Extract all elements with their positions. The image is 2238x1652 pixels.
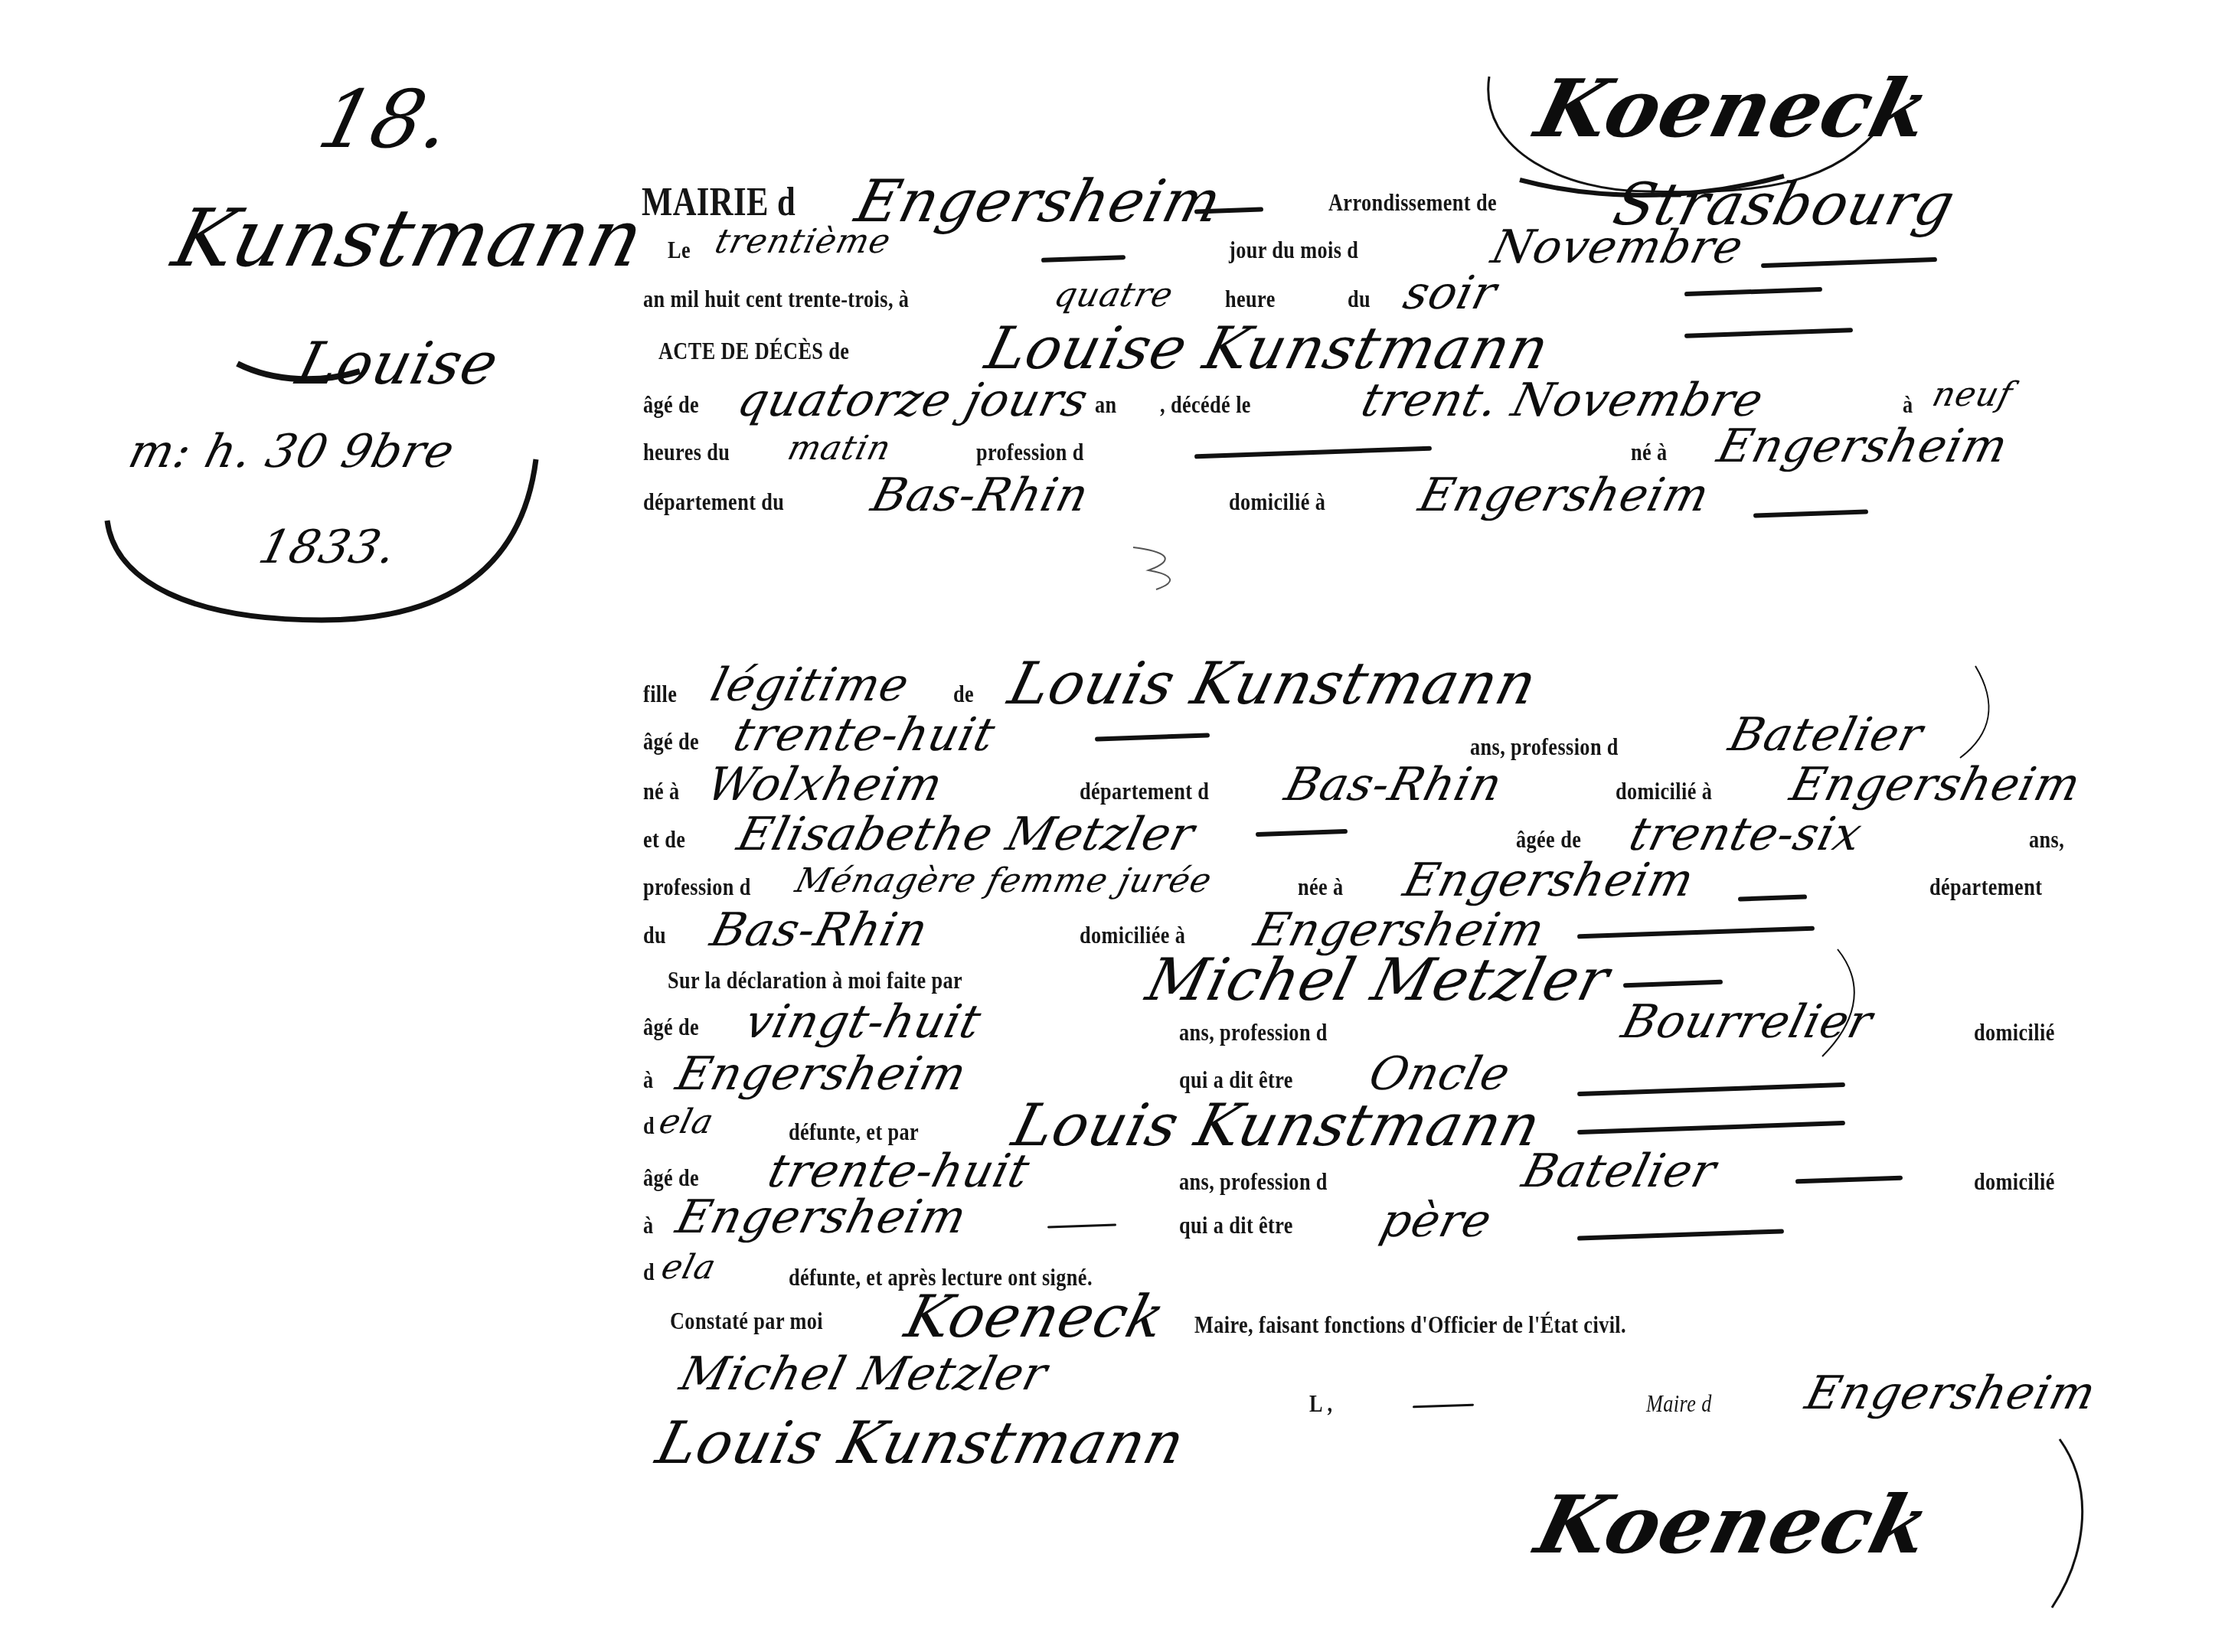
defunt-et-par-label: défunte, et par <box>789 1118 919 1146</box>
margin-given-name: Louise <box>290 329 506 397</box>
maire-place: Engersheim <box>1800 1366 2102 1420</box>
acte-label: ACTE DE DÉCÈS de <box>658 337 849 365</box>
witness2-signature: Louis Kunstmann <box>650 1409 1192 1477</box>
declaration-intro: Sur la déclaration à moi faite par <box>668 966 962 994</box>
an-label: an <box>1095 390 1117 419</box>
blank-dash <box>1194 446 1432 459</box>
age-value: quatorze jours <box>732 374 1093 427</box>
day-value: trentième <box>711 222 895 261</box>
blank-dash <box>1577 1229 1784 1240</box>
declarant1-domicile: Engersheim <box>671 1047 972 1101</box>
fille-label: fille <box>643 680 677 708</box>
blank-dash <box>1795 1176 1903 1184</box>
declarant1-age-label: âgé de <box>643 1013 699 1041</box>
year-text: an mil huit cent trente-trois, à <box>643 285 909 313</box>
mother-profession-label: profession d <box>643 873 751 901</box>
blank-dash <box>1738 894 1807 901</box>
father-dept-label: département d <box>1080 777 1209 805</box>
father-domicile: Engersheim <box>1785 758 2086 811</box>
declarant2-d-value: ela <box>658 1248 720 1287</box>
arrondissement-label: Arrondissement de <box>1328 188 1497 217</box>
father-ne-label: né à <box>643 777 680 805</box>
mairie-label: MAIRIE d <box>642 180 796 225</box>
profession-label: profession d <box>976 438 1084 466</box>
father-age-label: âgé de <box>643 727 699 756</box>
birthplace: Engersheim <box>1712 420 2014 473</box>
father-birthplace: Wolxheim <box>701 758 948 811</box>
domicile-label: domicilié à <box>1229 488 1325 516</box>
month-value: Novembre <box>1486 220 1749 274</box>
blank-dash <box>1095 733 1210 741</box>
declarant2-domicile: Engersheim <box>671 1190 972 1244</box>
mother-et-de-label: et de <box>643 825 685 854</box>
declarant1-d-value: ela <box>655 1102 718 1141</box>
mother-age-label: âgée de <box>1516 825 1581 854</box>
ne-label: né à <box>1631 438 1668 466</box>
father-profession-label: ans, profession d <box>1470 733 1619 761</box>
age-label: âgé de <box>643 390 699 419</box>
mother-ans-label: ans, <box>2029 825 2064 854</box>
mairie-value: Engersheim <box>849 167 1229 235</box>
mayor-signature: Koeneck <box>1527 1477 1939 1572</box>
father-dept: Bas-Rhin <box>1279 758 1508 811</box>
blank-dash <box>1577 926 1815 939</box>
blank-dash <box>1753 509 1868 517</box>
le-label: Le <box>668 236 691 264</box>
legitimate-value: légitime <box>705 658 914 712</box>
maire-label: Maire d <box>1646 1389 1712 1418</box>
dept-value: Bas-Rhin <box>866 469 1094 522</box>
father-domicile-label: domicilié à <box>1616 777 1712 805</box>
witness1-signature: Michel Metzler <box>675 1347 1053 1401</box>
jour-label: jour du mois d <box>1229 236 1358 264</box>
declarant2-a-label: à <box>643 1211 654 1239</box>
mother-dept: Bas-Rhin <box>705 903 933 957</box>
declarant2-profession-label: ans, profession d <box>1179 1167 1328 1196</box>
blank-dash <box>1684 287 1822 296</box>
blank-dash <box>1577 1121 1845 1135</box>
declarant1-age: vingt-huit <box>740 995 987 1049</box>
period-morning: matin <box>784 429 896 468</box>
constate-label: Constaté par moi <box>670 1307 823 1335</box>
declarant2-d-label: d <box>643 1258 655 1286</box>
declarant2-dit-label: qui a dit être <box>1179 1211 1293 1239</box>
blank-dash <box>1256 829 1348 837</box>
mother-nee-label: née à <box>1298 873 1344 901</box>
constate-mayor: Koeneck <box>899 1282 1172 1350</box>
blank-dash <box>1047 1223 1116 1228</box>
blank-dash <box>1413 1404 1474 1409</box>
father-age: trente-huit <box>728 708 1001 762</box>
declarant1-dit-label: qui a dit être <box>1179 1066 1293 1094</box>
mother-dept-prefix: du <box>643 921 666 949</box>
death-record-page: 18. Kunstmann Louise m: h. 30 9bre 1833.… <box>0 0 2238 1652</box>
decede-label: , décédé le <box>1160 390 1251 419</box>
declarant1-profession: Bourrelier <box>1616 995 1878 1049</box>
a-label: à <box>1903 390 1913 419</box>
margin-year: 1833. <box>253 521 402 574</box>
de-label: de <box>953 680 974 708</box>
declarant1-domicile-label: domicilié <box>1974 1018 2055 1046</box>
margin-date-note: m: h. 30 9bre <box>123 425 460 478</box>
stamp-signature: Koeneck <box>1527 61 1939 155</box>
declarant1-a-label: à <box>643 1066 654 1094</box>
declarant1-profession-label: ans, profession d <box>1179 1018 1328 1046</box>
period-value: soir <box>1398 266 1502 320</box>
domicile-value: Engersheim <box>1413 469 1715 522</box>
declarant1-d-label: d <box>643 1112 655 1140</box>
mother-profession: Ménagère femme jurée <box>792 861 1217 900</box>
declarant2-age-label: âgé de <box>643 1164 699 1192</box>
mother-dept-label: département <box>1929 873 2042 901</box>
declarant2-profession: Batelier <box>1517 1144 1722 1198</box>
death-date: trent. Novembre <box>1356 374 1769 427</box>
heure-label: heure <box>1225 285 1276 313</box>
hour-value: quatre <box>1050 276 1178 315</box>
father-profession: Batelier <box>1723 708 1929 762</box>
blank-dash <box>1623 980 1723 988</box>
l-mark: L , <box>1309 1389 1332 1418</box>
mother-birthplace: Engersheim <box>1398 854 1700 907</box>
blank-dash <box>1684 328 1853 338</box>
declarant1-name: Michel Metzler <box>1140 945 1616 1014</box>
declarant2-domicile-label: domicilié <box>1974 1167 2055 1196</box>
deceased-name: Louise Kunstmann <box>979 314 1557 382</box>
mayor-role: Maire, faisant fonctions d'Officier de l… <box>1194 1311 1626 1339</box>
mother-name: Elisabethe Metzler <box>732 808 1200 861</box>
declarant2-name: Louis Kunstmann <box>1006 1091 1548 1159</box>
father-name: Louis Kunstmann <box>1002 649 1544 717</box>
declarant2-relation: père <box>1375 1194 1498 1248</box>
du-label: du <box>1348 285 1371 313</box>
record-number: 18. <box>310 73 462 166</box>
heures-label: heures du <box>643 438 730 466</box>
death-hour: neuf <box>1929 375 2017 414</box>
dept-label: département du <box>643 488 784 516</box>
blank-dash <box>1761 257 1937 268</box>
blank-dash <box>1577 1082 1845 1096</box>
margin-surname: Kunstmann <box>165 191 654 285</box>
blank-dash <box>1041 255 1126 263</box>
